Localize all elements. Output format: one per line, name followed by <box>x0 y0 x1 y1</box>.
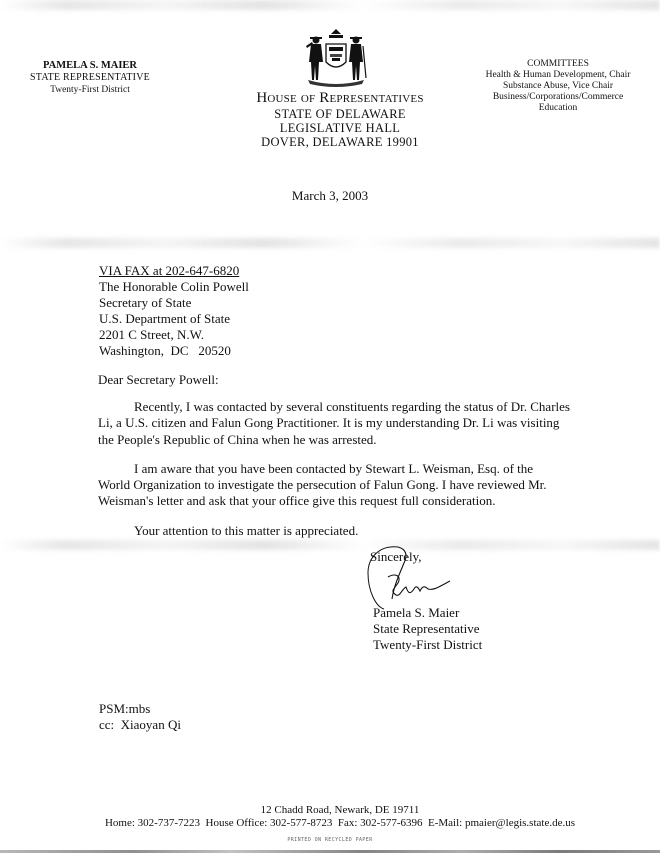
recipient-line: Washington, DC 20520 <box>99 343 249 359</box>
house-title: House of Representatives <box>220 90 460 107</box>
house-header: House of Representatives STATE OF DELAWA… <box>220 90 460 149</box>
recipient-line: U.S. Department of State <box>99 311 249 327</box>
representative-district: Twenty-First District <box>10 84 170 96</box>
signer-district: Twenty-First District <box>373 637 482 653</box>
committee-item: Health & Human Development, Chair <box>470 70 646 81</box>
committee-item: Substance Abuse, Vice Chair <box>470 81 646 92</box>
footer-contacts: Home: 302-737-7223 House Office: 302-577… <box>60 817 620 830</box>
handwritten-signature-icon <box>350 543 470 613</box>
recipient-address: VIA FAX at 202-647-6820 The Honorable Co… <box>99 263 249 359</box>
committee-item: Business/Corporations/Commerce <box>470 92 646 103</box>
city-line: DOVER, DELAWARE 19901 <box>220 135 460 149</box>
recipient-line: 2201 C Street, N.W. <box>99 327 249 343</box>
paper-fold-upper <box>0 238 660 248</box>
hall-line: LEGISLATIVE HALL <box>220 121 460 135</box>
letter-body: Recently, I was contacted by several con… <box>98 399 658 552</box>
body-paragraph: I am aware that you have been contacted … <box>98 461 568 510</box>
body-paragraph: Your attention to this matter is appreci… <box>98 523 658 539</box>
paper-fold-top <box>0 0 660 10</box>
signer-name: Pamela S. Maier <box>373 605 482 621</box>
committees-heading: COMMITTEES <box>470 59 646 70</box>
representative-name: PAMELA S. MAIER <box>10 60 170 72</box>
state-line: STATE OF DELAWARE <box>220 107 460 121</box>
signer-title: State Representative <box>373 621 482 637</box>
reference-initials-block: PSM:mbs cc: Xiaoyan Qi <box>99 701 181 733</box>
fax-line: VIA FAX at 202-647-6820 <box>99 263 249 279</box>
bottom-edge-rule <box>0 850 660 853</box>
recipient-line: Secretary of State <box>99 295 249 311</box>
recipient-line: The Honorable Colin Powell <box>99 279 249 295</box>
reference-initials: PSM:mbs <box>99 701 181 717</box>
footer-address: 12 Chadd Road, Newark, DE 19711 <box>60 804 620 817</box>
representative-title: STATE REPRESENTATIVE <box>10 72 170 84</box>
recycled-paper-note: PRINTED ON RECYCLED PAPER <box>230 837 430 843</box>
salutation: Dear Secretary Powell: <box>98 372 219 388</box>
delaware-seal-icon <box>296 28 376 90</box>
letter-date: March 3, 2003 <box>240 188 420 204</box>
representative-header: PAMELA S. MAIER STATE REPRESENTATIVE Twe… <box>10 60 170 96</box>
body-paragraph: Recently, I was contacted by several con… <box>98 399 576 448</box>
committee-item: Education <box>470 103 646 114</box>
cc-line: cc: Xiaoyan Qi <box>99 717 181 733</box>
letter-footer: 12 Chadd Road, Newark, DE 19711 Home: 30… <box>60 804 620 830</box>
committees-list: COMMITTEES Health & Human Development, C… <box>470 59 646 114</box>
signer-block: Pamela S. Maier State Representative Twe… <box>373 605 482 653</box>
